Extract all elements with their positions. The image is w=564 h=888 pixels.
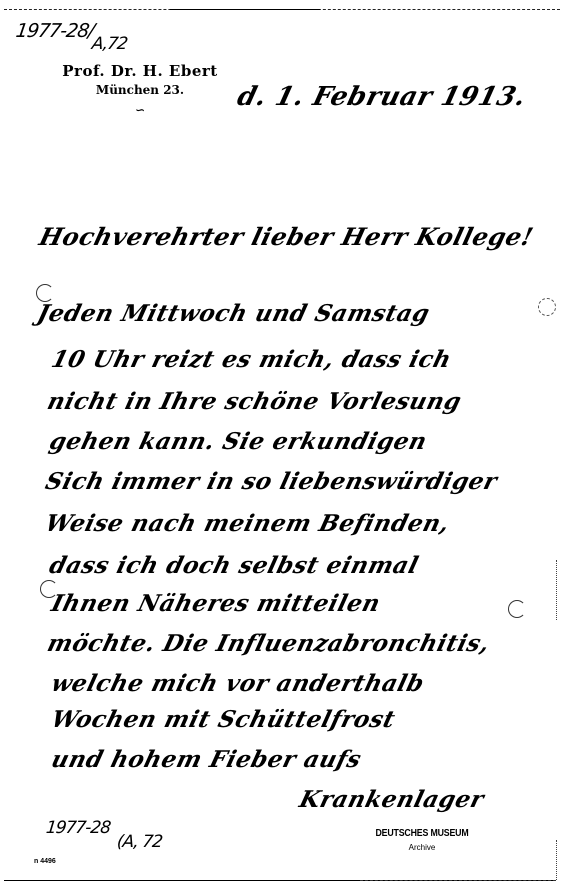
archive-stamp: DEUTSCHES MUSEUM Archive xyxy=(360,828,484,852)
archive-sub: (A, 72 xyxy=(116,832,163,852)
archive-signature-top: 1977-28/A,72 xyxy=(14,20,130,42)
archive-sub: A,72 xyxy=(91,34,129,54)
body-line: Ihnen Näheres mitteilen xyxy=(49,590,384,617)
scan-edge-artifact xyxy=(556,840,557,880)
body-line: möchte. Die Influenzabronchitis, xyxy=(45,630,493,657)
body-line: 10 Uhr reizt es mich, dass ich xyxy=(49,346,455,373)
body-line: Sich immer in so liebenswürdiger xyxy=(43,468,501,495)
body-line: Krankenlager xyxy=(297,786,487,813)
archive-number: 1977-28 xyxy=(14,20,89,42)
archive-number: 1977-28 xyxy=(45,818,111,838)
body-line: nicht in Ihre schöne Vorlesung xyxy=(45,388,465,415)
letterhead: Prof. Dr. H. Ebert München 23. ∽ xyxy=(40,62,240,117)
punch-hole-mark xyxy=(508,600,526,618)
body-line: und hohem Fieber aufs xyxy=(49,746,365,773)
letterhead-name: Prof. Dr. H. Ebert xyxy=(40,62,240,80)
stamp-title: DEUTSCHES MUSEUM xyxy=(367,828,476,839)
scan-border-top-solid xyxy=(170,9,320,10)
archive-signature-bottom: 1977-28 (A, 72 xyxy=(45,818,161,838)
letterhead-city: München 23. xyxy=(40,83,240,97)
scan-border-bottom-dashed xyxy=(360,880,556,881)
body-line: welche mich vor anderthalb xyxy=(49,670,427,697)
body-line: Weise nach meinem Befinden, xyxy=(43,510,453,537)
punch-hole-mark xyxy=(538,298,556,316)
letter-date: d. 1. Februar 1913. xyxy=(234,82,529,112)
body-line: Wochen mit Schüttelfrost xyxy=(49,706,398,733)
scan-edge-artifact xyxy=(556,560,557,620)
ornament-icon: ∽ xyxy=(40,103,240,117)
body-line: Jeden Mittwoch und Samstag xyxy=(35,300,433,327)
inventory-number: n 4496 xyxy=(34,858,56,865)
body-line: gehen kann. Sie erkundigen xyxy=(47,428,430,455)
salutation: Hochverehrter lieber Herr Kollege! xyxy=(36,222,536,251)
stamp-subtitle: Archive xyxy=(360,843,484,852)
body-line: dass ich doch selbst einmal xyxy=(47,552,422,579)
